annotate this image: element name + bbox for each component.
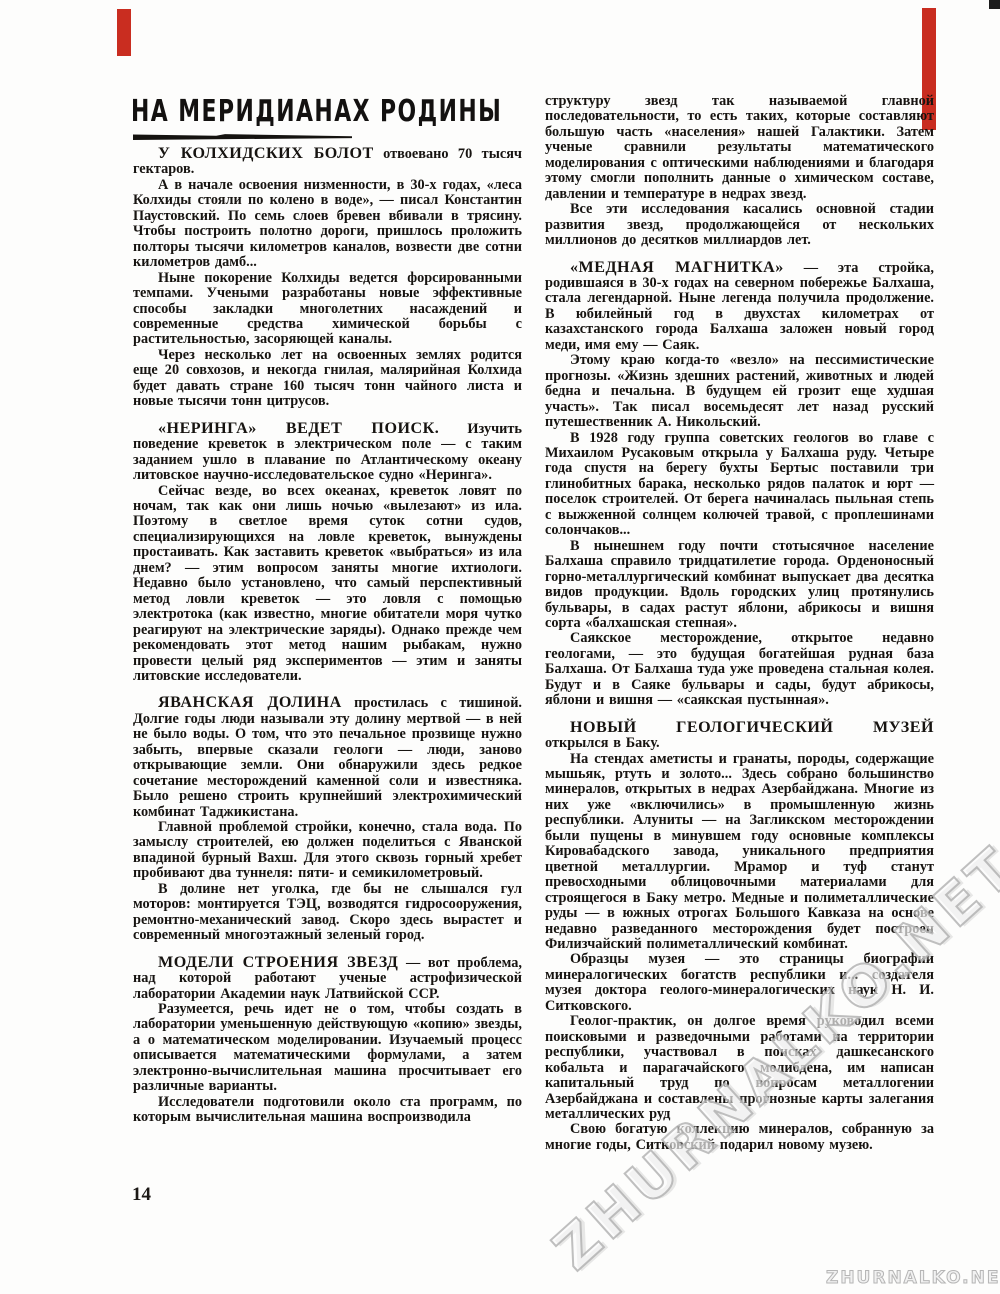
paragraph: А в начале освоения низменности, в 30-х … bbox=[133, 178, 522, 271]
paragraph: В долине нет уголка, где бы не слышался … bbox=[133, 882, 522, 944]
page-number: 14 bbox=[132, 1184, 151, 1206]
red-index-mark-left bbox=[117, 9, 131, 56]
paragraph: Главной проблемой стройки, конечно, стал… bbox=[133, 820, 522, 882]
article-section-left-0: У КОЛХИДСКИХ БОЛОТ отвоевано 70 тысяч ге… bbox=[133, 146, 522, 410]
paragraph: ЯВАНСКАЯ ДОЛИНА простилась с тишиной. До… bbox=[133, 695, 522, 820]
paragraph: Через несколько лет на освоенных землях … bbox=[133, 348, 522, 410]
article-section-right-0: структуру звезд так называемой главной п… bbox=[545, 94, 934, 249]
section-heading: ЯВАНСКАЯ ДОЛИНА bbox=[158, 694, 342, 711]
magazine-page: НА МЕРИДИАНАХ РОДИНЫ У КОЛХИДСКИХ БОЛОТ … bbox=[0, 0, 1000, 1294]
paragraph: «МЕДНАЯ МАГНИТКА» — эта стройка, родивша… bbox=[545, 260, 934, 354]
paragraph: НОВЫЙ ГЕОЛОГИЧЕСКИЙ МУЗЕЙ открылся в Бак… bbox=[545, 720, 934, 752]
page-title: НА МЕРИДИАНАХ РОДИНЫ bbox=[131, 94, 502, 129]
article-section-right-1: «МЕДНАЯ МАГНИТКА» — эта стройка, родивша… bbox=[545, 260, 934, 709]
article-section-left-2: ЯВАНСКАЯ ДОЛИНА простилась с тишиной. До… bbox=[133, 695, 522, 943]
paragraph: У КОЛХИДСКИХ БОЛОТ отвоевано 70 тысяч ге… bbox=[133, 146, 522, 178]
article-section-left-3: МОДЕЛИ СТРОЕНИЯ ЗВЕЗД — вот проблема, на… bbox=[133, 955, 522, 1126]
paragraph: Разумеется, речь идет не о том, чтобы со… bbox=[133, 1002, 522, 1095]
paragraph: На стендах аметисты и гранаты, породы, с… bbox=[545, 752, 934, 953]
title-underline-rule bbox=[133, 134, 352, 140]
paragraph: Саякское месторождение, открытое недавно… bbox=[545, 631, 934, 708]
section-heading: «НЕРИНГА» ВЕДЕТ ПОИСК. bbox=[158, 420, 439, 437]
paragraph: Этому краю когда-то «везло» на пессимист… bbox=[545, 353, 934, 430]
paragraph: структуру звезд так называемой главной п… bbox=[545, 94, 934, 202]
paragraph: Сейчас везде, во всех океанах, креветок … bbox=[133, 484, 522, 685]
section-heading: МОДЕЛИ СТРОЕНИЯ ЗВЕЗД bbox=[158, 954, 398, 971]
article-section-left-1: «НЕРИНГА» ВЕДЕТ ПОИСК. Изучить поведение… bbox=[133, 421, 522, 685]
paragraph: «НЕРИНГА» ВЕДЕТ ПОИСК. Изучить поведение… bbox=[133, 421, 522, 484]
paragraph: МОДЕЛИ СТРОЕНИЯ ЗВЕЗД — вот проблема, на… bbox=[133, 955, 522, 1002]
footer-watermark: ZHURNALKO.NET bbox=[826, 1268, 1000, 1288]
section-heading: НОВЫЙ ГЕОЛОГИЧЕСКИЙ МУЗЕЙ bbox=[570, 719, 934, 736]
paragraph: В 1928 году группа советских геологов во… bbox=[545, 431, 934, 539]
section-heading: У КОЛХИДСКИХ БОЛОТ bbox=[158, 145, 374, 162]
paragraph: Ныне покорение Колхиды ведется форсирова… bbox=[133, 271, 522, 348]
section-heading: «МЕДНАЯ МАГНИТКА» bbox=[570, 259, 784, 276]
paragraph: В нынешнем году почти стотысячное населе… bbox=[545, 539, 934, 632]
paragraph: Все эти исследования касались основной с… bbox=[545, 202, 934, 248]
text-column-left: У КОЛХИДСКИХ БОЛОТ отвоевано 70 тысяч ге… bbox=[133, 146, 522, 1126]
paragraph: Исследователи подготовили около ста прог… bbox=[133, 1095, 522, 1126]
scan-corner-mark bbox=[989, 0, 1000, 9]
